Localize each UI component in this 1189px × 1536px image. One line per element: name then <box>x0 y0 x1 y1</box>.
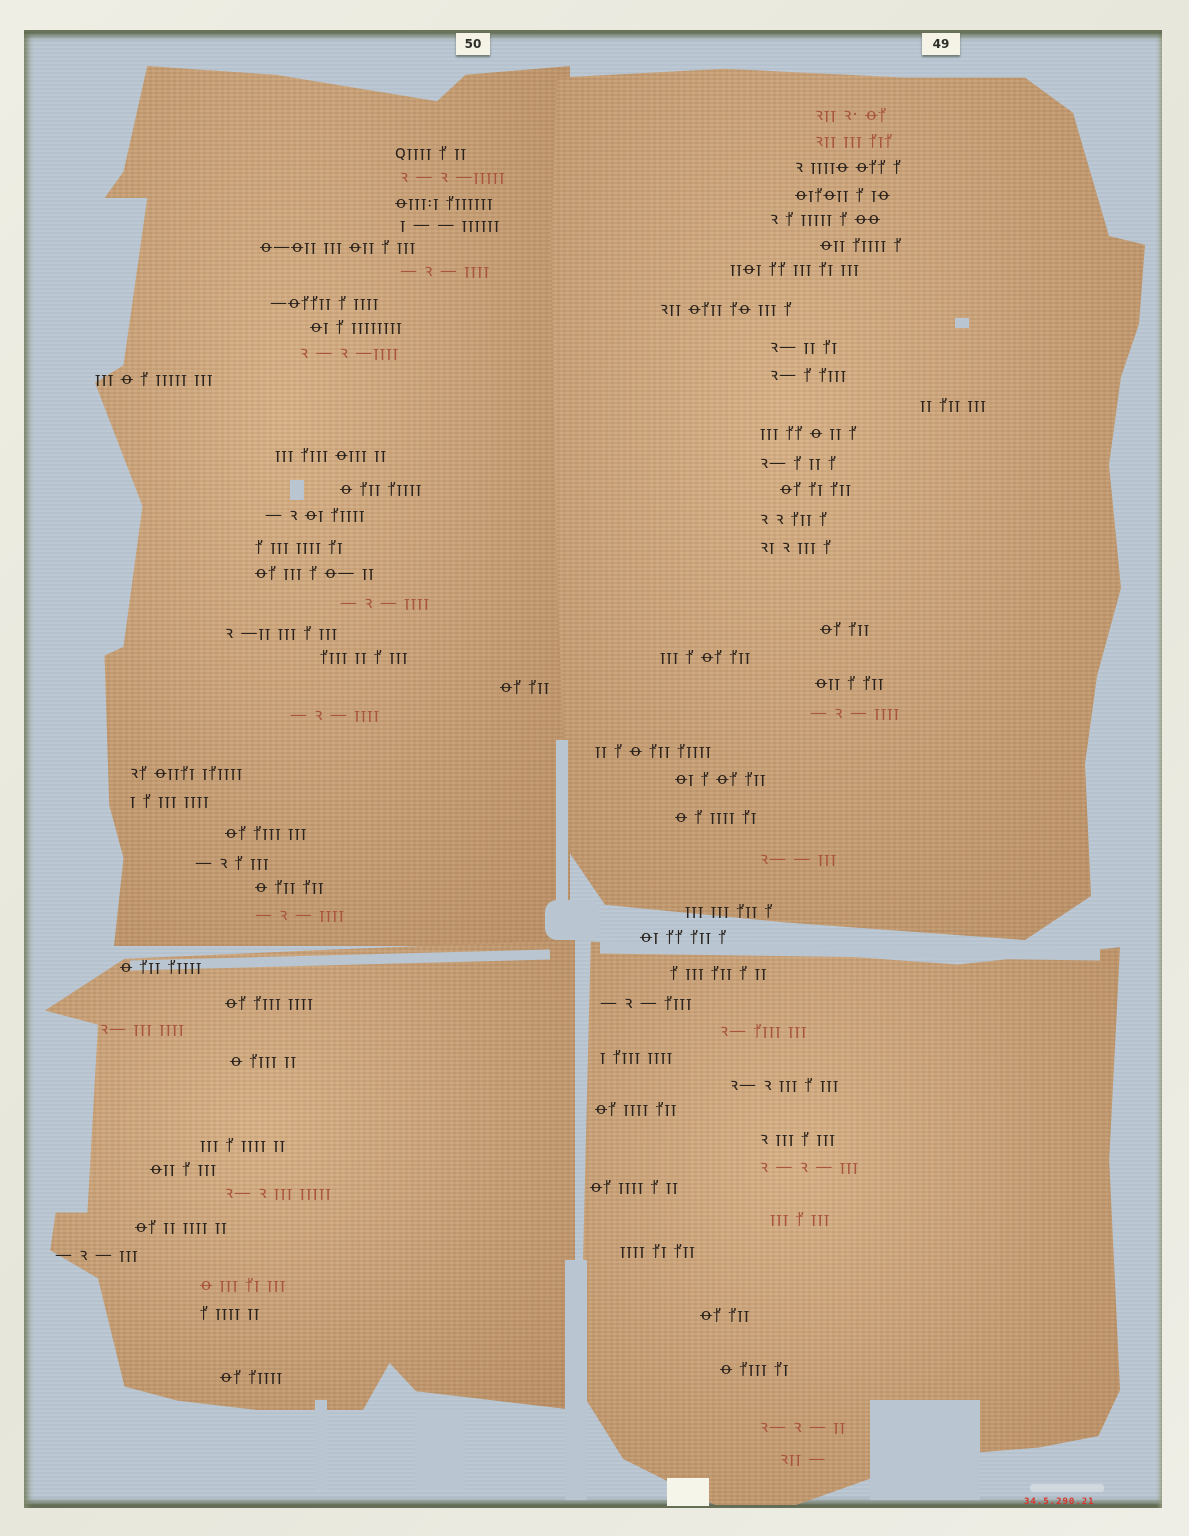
hieratic-line: ꝋ⳨ ⳨ꞁꞁꞁ ꞁꞁꞁ <box>225 826 440 840</box>
hieratic-line: ꝛ — ꝛ — ꞁꞁꞁ <box>760 1160 1050 1174</box>
hieratic-line: ꝛꞁ ꝛ ꞁꞁꞁ ⳨ <box>760 540 1080 554</box>
hieratic-line: ⳨ꞁꞁꞁ ꞁꞁ ⳨ ꞁꞁꞁ <box>320 650 640 664</box>
hieratic-line: ꝛ— ⳨ ꞁꞁ ⳨ <box>760 456 1080 470</box>
hieratic-line: ꞁ ⳨ꞁꞁꞁ ꞁꞁꞁꞁ <box>600 1050 1060 1064</box>
hieratic-line: ꞁꞁꝋꞁ ⳨⳨ ꞁꞁꞁ ⳨ꞁ ꞁꞁꞁ <box>730 262 1100 276</box>
hieratic-line: ꝋ⳨ ⳨ꞁꞁꞁ ꞁꞁꞁꞁ <box>225 996 465 1010</box>
hieratic-line: ꞁꞁꞁ ꝋ ⳨ ꞁꞁꞁꞁꞁ ꞁꞁꞁ <box>95 372 645 386</box>
tear-vertical-center <box>556 740 568 920</box>
hieratic-line: ꝛ— ⳨ꞁꞁꞁ ꞁꞁꞁ <box>720 1024 980 1038</box>
hieratic-line: ꝋꞁꞁ ⳨ꞁꞁꞁꞁ ⳨ <box>820 238 1080 252</box>
hieratic-line: ꝋ ⳨ꞁꞁꞁ ꞁꞁ <box>230 1054 470 1068</box>
hieratic-line: ꝛꞁꞁ ꝛ· ꝋ⳨ <box>815 108 1075 122</box>
hieratic-line: ꝋ ⳨ꞁꞁ ⳨ꞁꞁ <box>255 880 440 894</box>
hieratic-line: ꝛ— ꝛ ꞁꞁꞁ ꞁꞁꞁꞁꞁ <box>225 1186 455 1200</box>
hieratic-line: ꞯꞁꞁꞁꞁ ⳨ ꞁꞁ <box>395 146 635 160</box>
hieratic-line: ꝋ ⳨ꞁꞁ ⳨ꞁꞁꞁꞁ <box>340 482 640 496</box>
hieratic-line: ꝋ⳨ ꞁꞁ ꞁꞁꞁꞁ ꞁꞁ <box>135 1220 515 1234</box>
hieratic-line: ꞁꞁꞁ ⳨ꞁꞁꞁ ꝋꞁꞁꞁ ꞁꞁ <box>275 448 640 462</box>
hieratic-line: ꞁꞁꞁ ⳨ ꝋ⳨ ⳨ꞁꞁ <box>660 650 1070 664</box>
hieratic-line: ꝛ— ꞁꞁ ⳨ꞁ <box>770 340 1070 354</box>
column-label-50: 50 <box>456 33 490 55</box>
hieratic-line: ꝋꞁꞁ ⳨ ⳨ꞁꞁ <box>815 676 1075 690</box>
hieratic-line: — ꝛ — ⳨ꞁꞁꞁ <box>600 996 970 1010</box>
hieratic-line: ꝛꞁꞁ ꝋ⳨ꞁꞁ ⳨ꝋ ꞁꞁꞁ ⳨ <box>660 302 1110 316</box>
hieratic-line: ꝋ ⳨ꞁꞁꞁ ⳨ꞁ <box>720 1362 1020 1376</box>
hieratic-line: ꝛ —ꞁꞁ ꞁꞁꞁ ⳨ ꞁꞁꞁ <box>225 626 640 640</box>
hieratic-line: ꝋ—ꝋꞁꞁ ꞁꞁꞁ ꝋꞁꞁ ⳨ ꞁꞁꞁ <box>260 240 640 254</box>
hieratic-line: ꝋ ꞁꞁꞁ ⳨ꞁ ꞁꞁꞁ <box>200 1278 510 1292</box>
tear-cross-center <box>545 900 600 940</box>
hieratic-line: ꝛ— ⳨ ⳨ꞁꞁꞁ <box>770 368 1070 382</box>
hieratic-line: ꝋ⳨ ꞁꞁꞁꞁ ⳨ꞁꞁ <box>595 1102 1055 1116</box>
tear-bottom-3 <box>565 1260 587 1500</box>
hieratic-line: ꝋꞁ ⳨ ꝋ⳨ ⳨ꞁꞁ <box>675 772 975 786</box>
hieratic-line: ꝛ— ꞁꞁꞁ ꞁꞁꞁꞁ <box>100 1022 510 1036</box>
hieratic-line: ꞁ ⳨ ꞁꞁꞁ ꞁꞁꞁꞁ <box>130 794 440 808</box>
hieratic-line: — ꝛ ꝋꞁ ⳨ꞁꞁꞁꞁ <box>265 508 640 522</box>
hieratic-line: ꝋ⳨ ⳨ꞁꞁ <box>700 1308 1010 1322</box>
hieratic-line: — ꝛ — ꞁꞁꞁꞁ <box>340 596 640 610</box>
tear-bottom-2 <box>415 1410 465 1490</box>
hieratic-line: ꝋ⳨ ꞁꞁꞁꞁ ⳨ ꞁꞁ <box>590 1180 1060 1194</box>
hieratic-line: —ꝋ⳨⳨ꞁꞁ ⳨ ꞁꞁꞁꞁ <box>270 296 640 310</box>
hieratic-line: ꝋꞁꞁꞁ꞉ꞁ ⳨ꞁꞁꞁꞁꞁꞁ <box>395 196 645 210</box>
hieratic-line: — ꝛ — ꞁꞁꞁ <box>55 1248 515 1262</box>
hieratic-line: — ꝛ — ꞁꞁꞁꞁ <box>400 264 640 278</box>
hieratic-line: ꝛ ꞁꞁꞁꞁꝋ ꝋ⳨⳨ ⳨ <box>795 160 1090 174</box>
hieratic-line: ꝛꞁꞁ — <box>780 1452 900 1466</box>
tear-bottom-1 <box>315 1400 327 1490</box>
hieratic-line: ꝛꞁꞁ ꞁꞁꞁ ⳨ꞁ⳨ <box>815 134 1085 148</box>
hole-right <box>955 318 969 328</box>
hieratic-line: ꝛ ꞁꞁꞁ ⳨ ꞁꞁꞁ <box>760 1132 1060 1146</box>
hieratic-line: ꝛ ꝛ ⳨ꞁꞁ ⳨ <box>760 512 1080 526</box>
hieratic-line: ꝋꞁ ⳨ ꞁꞁꞁꞁꞁꞁꞁꞁ <box>310 320 640 334</box>
accession-number: 34.5.290.21 <box>1024 1497 1095 1507</box>
hieratic-line: ꝋ ⳨ ꞁꞁꞁꞁ ⳨ꞁ <box>675 810 985 824</box>
hieratic-line: ꞁꞁ ⳨ꞁꞁ ꞁꞁꞁ <box>920 398 1070 412</box>
hieratic-line: — ꝛ — ꞁꞁꞁꞁ <box>290 708 640 722</box>
hieratic-line: ꝛ ⳨ ꞁꞁꞁꞁꞁ ⳨ ꝋꝋ <box>770 212 1100 226</box>
hole-left <box>290 480 304 500</box>
tear-bottom-4 <box>870 1400 980 1500</box>
hieratic-line: ꞁꞁꞁ ⳨⳨ ꝋ ꞁꞁ ⳨ <box>760 426 1080 440</box>
hieratic-line: ⳨ ꞁꞁꞁꞁ ꞁꞁ <box>200 1306 510 1320</box>
hieratic-line: ⳨ ꞁꞁꞁ ⳨ꞁꞁ ⳨ ꞁꞁ <box>670 966 970 980</box>
hieratic-line: ꝋ ⳨ꞁꞁ ⳨ꞁꞁꞁꞁ <box>120 960 440 974</box>
hieratic-line: ꝛ — ꝛ —ꞁꞁꞁꞁ <box>300 346 645 360</box>
hieratic-line: ꞁꞁꞁꞁ ⳨ꞁ ⳨ꞁꞁ <box>620 1244 1060 1258</box>
hieratic-line: — ꝛ — ꞁꞁꞁꞁ <box>810 706 1075 720</box>
hieratic-line: ꝛ— ꝛ — ꞁꞁ <box>760 1420 960 1434</box>
column-label-49: 49 <box>922 33 960 55</box>
hieratic-line: ꝛ— ꝛ ꞁꞁꞁ ⳨ ꞁꞁꞁ <box>730 1078 1060 1092</box>
hieratic-line: ⳨ ꞁꞁꞁ ꞁꞁꞁꞁ ⳨ꞁ <box>255 540 640 554</box>
hieratic-line: ꝛ — ꝛ —ꞁꞁꞁꞁꞁ <box>400 170 650 184</box>
hieratic-line: ꝋ⳨ ⳨ꞁ ⳨ꞁꞁ <box>780 482 1080 496</box>
hieratic-line: ꞁꞁꞁ ⳨ ꞁꞁꞁ <box>770 1212 1060 1226</box>
hieratic-line: ꝋꞁ⳨ꝋꞁꞁ ⳨ ꞁꝋ <box>795 188 1105 202</box>
hieratic-line: ꝋ⳨ ⳨ꞁꞁꞁꞁ <box>220 1370 420 1384</box>
hieratic-line: ꞁꞁꞁ ⳨ ꞁꞁꞁꞁ ꞁꞁ <box>200 1138 460 1152</box>
hieratic-line: ꝛ⳨ ꝋꞁꞁ⳨ꞁ ꞁ⳨ꞁꞁꞁꞁ <box>130 766 440 780</box>
hieratic-line: ꝋꞁꞁ ⳨ ꞁꞁꞁ <box>150 1162 450 1176</box>
accession-tag-backing <box>1030 1484 1104 1492</box>
hieratic-line: ꞁ — — ꞁꞁꞁꞁꞁꞁ <box>400 218 645 232</box>
hieratic-line: ꝋ⳨ ⳨ꞁꞁ <box>820 622 1070 636</box>
hieratic-line: ꞁꞁ ⳨ ꝋ ⳨ꞁꞁ ⳨ꞁꞁꞁꞁ <box>595 744 975 758</box>
hieratic-line: ꝋꞁ ⳨⳨ ⳨ꞁꞁ ⳨ <box>640 930 1000 944</box>
hieratic-line: ꝋ⳨ ⳨ꞁꞁ <box>500 680 640 694</box>
hieratic-line: ꝋ⳨ ꞁꞁꞁ ⳨ ꝋ— ꞁꞁ <box>255 566 640 580</box>
blank-label <box>667 1478 709 1506</box>
hieratic-line: ꝛ— — ꞁꞁꞁ <box>760 852 1070 866</box>
hieratic-line: — ꝛ — ꞁꞁꞁꞁ <box>255 908 515 922</box>
hieratic-line: — ꝛ ⳨ ꞁꞁꞁ <box>195 856 440 870</box>
hieratic-line: ꞁꞁꞁ ꞁꞁꞁ ⳨ꞁꞁ ⳨ <box>685 904 985 918</box>
